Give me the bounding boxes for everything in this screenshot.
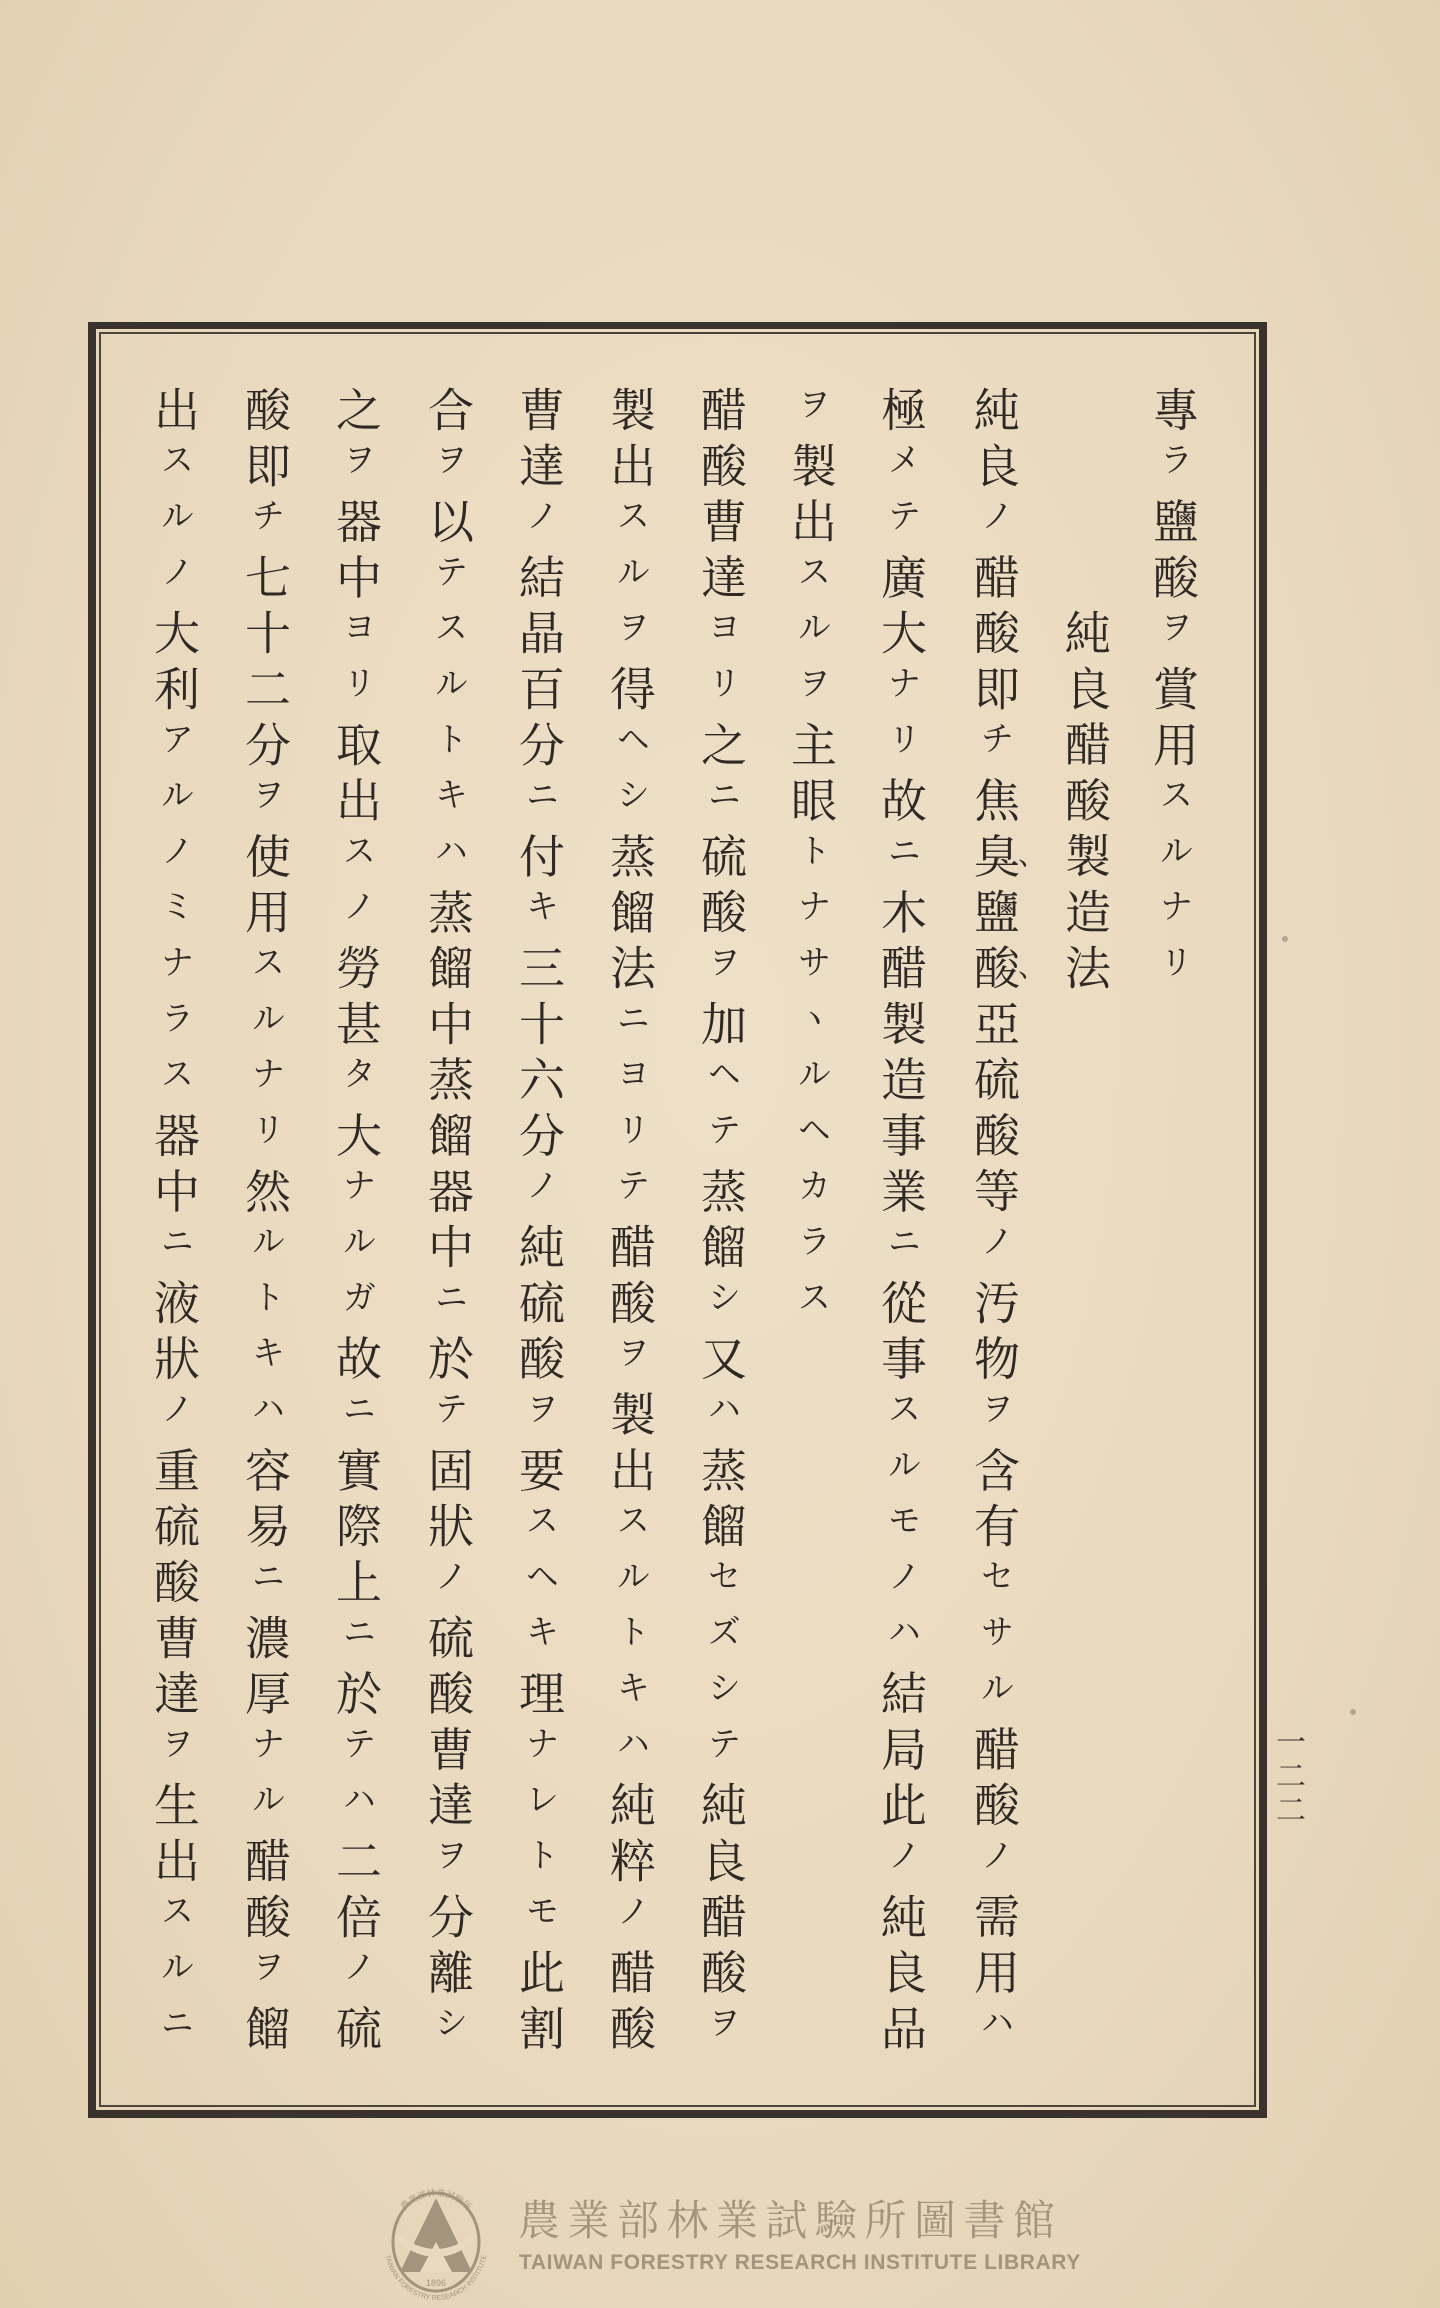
text-column-7: 製出スルヲ得ヘシ蒸餾法ニヨリテ醋酸ヲ製出スルトキハ純粹ノ醋酸 <box>602 386 658 2060</box>
text-column-5: ヲ製出スルヲ主眼トナサヽルヘカラス <box>783 386 839 1335</box>
text-column-9: 合ヲ以テスルトキハ蒸餾中蒸餾器中ニ於テ固狀ノ硫酸曹達ヲ分離シ <box>420 386 476 2060</box>
text-column-3: 純良ノ醋酸即チ焦臭、鹽酸、亞硫酸等ノ汚物ヲ含有セサル醋酸ノ需用ハ <box>966 386 1022 2060</box>
paper-speck <box>1350 1709 1356 1715</box>
text-column-11: 酸即チ七十二分ヲ使用スルナリ然ルトキハ容易ニ濃厚ナル醋酸ヲ餾 <box>237 386 293 2060</box>
section-heading: 純良醋酸製造法 <box>1057 609 1113 1000</box>
text-column-10: 之ヲ器中ヨリ取出スノ勞甚タ大ナルガ故ニ實際上ニ於テハ二倍ノ硫 <box>328 386 384 2060</box>
library-logo-icon: 農業部林業試驗所 TAIWAN FORESTRY RESEARCH INSTIT… <box>376 2176 496 2306</box>
logo-year: 1896 <box>426 2278 446 2288</box>
page-number: 一二二 <box>1270 1726 1304 1828</box>
text-column-1: 專ラ鹽酸ヲ賞用スルナリ <box>1145 386 1201 1000</box>
text-column-12: 出スルノ大利アルノミナラス器中ニ液狀ノ重硫酸曹達ヲ生出スルニ <box>146 386 202 2060</box>
library-name-chinese: 農業部林業試驗所圖書館 <box>518 2197 1063 2245</box>
library-name-english: TAIWAN FORESTRY RESEARCH INSTITUTE LIBRA… <box>519 2251 1081 2275</box>
text-column-4: 極メテ廣大ナリ故ニ木醋製造事業ニ從事スルモノハ結局此ノ純良品 <box>873 386 929 2060</box>
paper-speck <box>1282 936 1288 942</box>
scanned-book-page: 專ラ鹽酸ヲ賞用スルナリ 純良醋酸製造法 純良ノ醋酸即チ焦臭、鹽酸、亞硫酸等ノ汚物… <box>0 0 1440 2308</box>
text-column-6: 醋酸曹達ヨリ之ニ硫酸ヲ加ヘテ蒸餾シ又ハ蒸餾セズシテ純良醋酸ヲ <box>693 386 749 2060</box>
text-column-8: 曹達ノ結晶百分ニ付キ三十六分ノ純硫酸ヲ要スヘキ理ナレトモ此割 <box>511 386 567 2060</box>
